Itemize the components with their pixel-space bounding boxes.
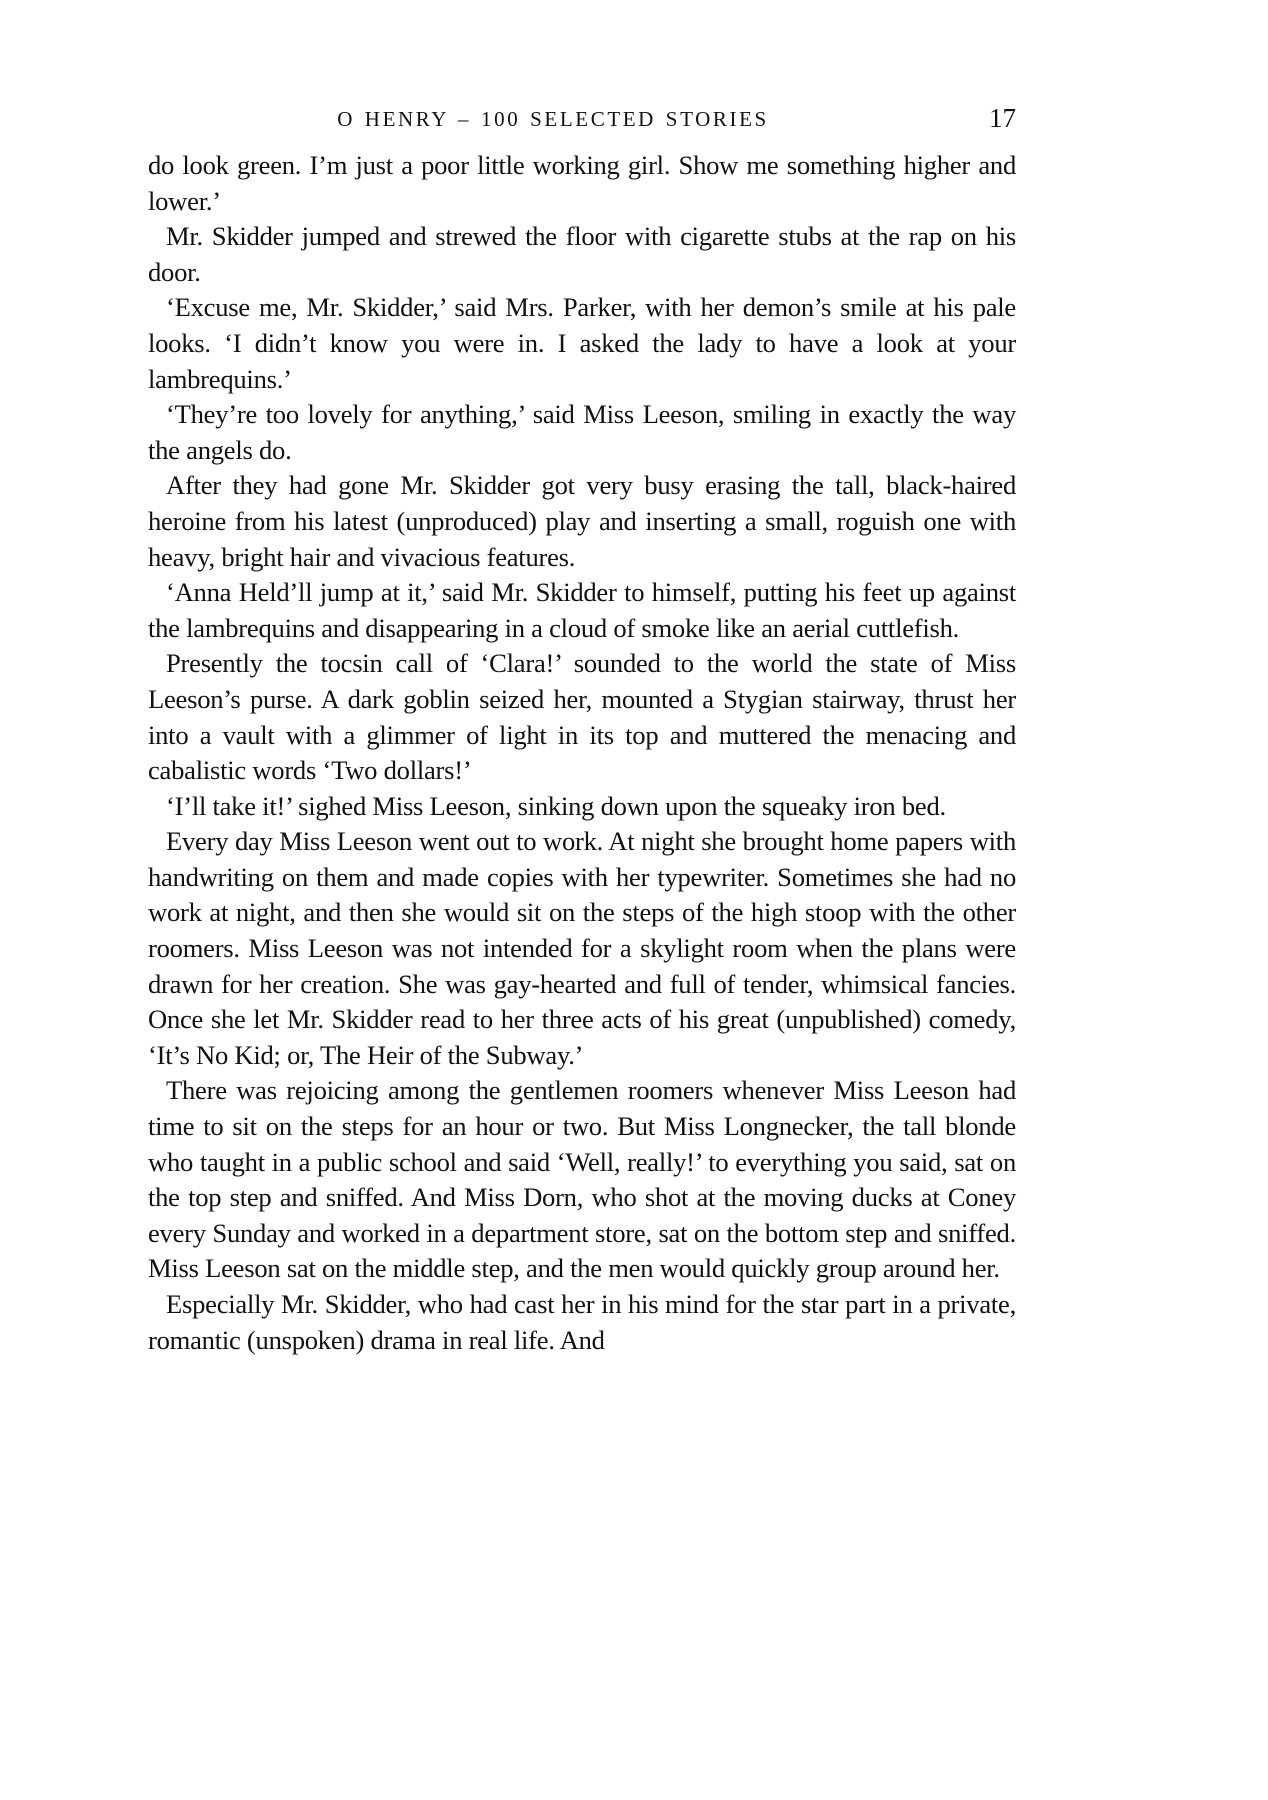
paragraph: Presently the tocsin call of ‘Clara!’ so… bbox=[148, 646, 1016, 788]
paragraph: ‘Excuse me, Mr. Skidder,’ said Mrs. Park… bbox=[148, 290, 1016, 397]
paragraph: There was rejoicing among the gentlemen … bbox=[148, 1073, 1016, 1287]
paragraph: ‘They’re too lovely for anything,’ said … bbox=[148, 397, 1016, 468]
running-title: O HENRY – 100 SELECTED STORIES bbox=[148, 107, 958, 132]
running-header: O HENRY – 100 SELECTED STORIES 17 bbox=[148, 103, 1016, 139]
book-page: O HENRY – 100 SELECTED STORIES 17 do loo… bbox=[148, 0, 1016, 1800]
paragraph: After they had gone Mr. Skidder got very… bbox=[148, 468, 1016, 575]
paragraph: Especially Mr. Skidder, who had cast her… bbox=[148, 1287, 1016, 1358]
paragraph: ‘Anna Held’ll jump at it,’ said Mr. Skid… bbox=[148, 575, 1016, 646]
body-text: do look green. I’m just a poor little wo… bbox=[148, 148, 1016, 1358]
paragraph: ‘I’ll take it!’ sighed Miss Leeson, sink… bbox=[148, 789, 1016, 825]
paragraph: Every day Miss Leeson went out to work. … bbox=[148, 824, 1016, 1073]
paragraph: do look green. I’m just a poor little wo… bbox=[148, 148, 1016, 219]
paragraph: Mr. Skidder jumped and strewed the floor… bbox=[148, 219, 1016, 290]
page-number: 17 bbox=[989, 103, 1016, 134]
